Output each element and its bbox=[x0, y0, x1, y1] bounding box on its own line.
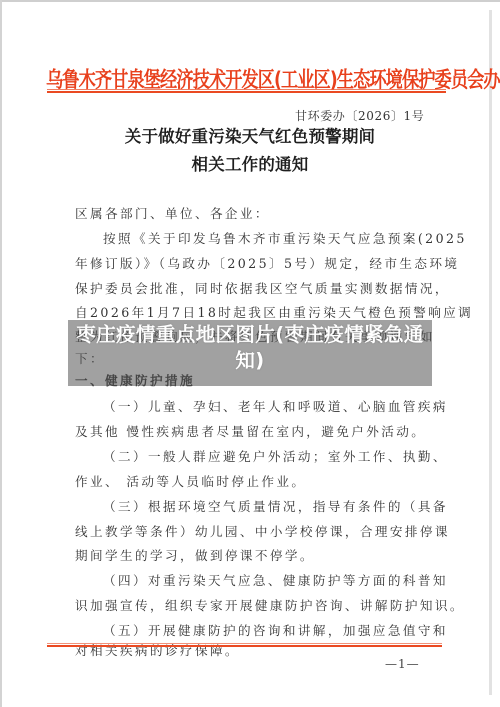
letterhead-rule-thick bbox=[47, 91, 446, 93]
list-item-1: （一）儿童、孕妇、老年人和呼吸道、心脑血管疾病 bbox=[103, 396, 448, 415]
list-item-4-cont: 识加强宣传，组织专家开展健康防护咨询、讲解防护知识。 bbox=[75, 595, 465, 614]
document-title-line2: 相关工作的通知 bbox=[0, 151, 500, 175]
document-number: 甘环委办〔2026〕1号 bbox=[295, 107, 424, 124]
overlay-caption: 枣庄疫情重点地区图片(枣庄疫情紧急通知) bbox=[68, 322, 432, 374]
list-item-4: （四）对重污染天气应急、健康防护等方面的科普知 bbox=[103, 570, 448, 589]
paragraph-line: 年修订版）》（乌政办〔2025〕5号）规定，经市生态环境 bbox=[75, 253, 459, 272]
paragraph-line: 按照《关于印发乌鲁木齐市重污染天气应急预案(2025 bbox=[103, 228, 467, 247]
list-item-5: （五）开展健康防护的咨询和讲解，加强应急值守和 bbox=[103, 620, 448, 639]
list-item-2: （二）一般人群应避免户外活动；室外工作、执勤、 bbox=[103, 446, 448, 465]
page-frame-top bbox=[0, 0, 500, 2]
list-item-2-cont: 作业、 活动等人员临时停止作业。 bbox=[75, 471, 306, 490]
list-item-1-cont: 及其他 慢性疾病患者尽量留在室内，避免户外活动。 bbox=[75, 421, 426, 440]
page-frame-right bbox=[489, 10, 492, 695]
paragraph-line: 保护委员会批准，同时依据我区空气质量实测数据情况， bbox=[75, 278, 450, 297]
letterhead-rule-thin bbox=[47, 89, 446, 90]
paragraph-line: 自2026年1月7日18时起我区由重污染天气橙色预警响应调 bbox=[75, 302, 473, 321]
page-number: —1— bbox=[385, 657, 420, 671]
footer-rule-thick bbox=[47, 645, 442, 647]
footer-rule-thin bbox=[47, 643, 442, 644]
salutation: 区属各部门、单位、各企业： bbox=[75, 203, 270, 222]
list-item-3: （三）根据环境空气质量情况，指导有条件的（具备 bbox=[103, 496, 448, 515]
list-item-3-cont2: 期间学生的学习，做到停课不停学。 bbox=[75, 545, 315, 564]
list-item-3-cont: 线上教学等条件）幼儿园、中小学校停课，合理安排停课 bbox=[75, 521, 450, 540]
document-title-line1: 关于做好重污染天气红色预警期间 bbox=[0, 123, 500, 147]
page-frame-left bbox=[0, 0, 2, 707]
